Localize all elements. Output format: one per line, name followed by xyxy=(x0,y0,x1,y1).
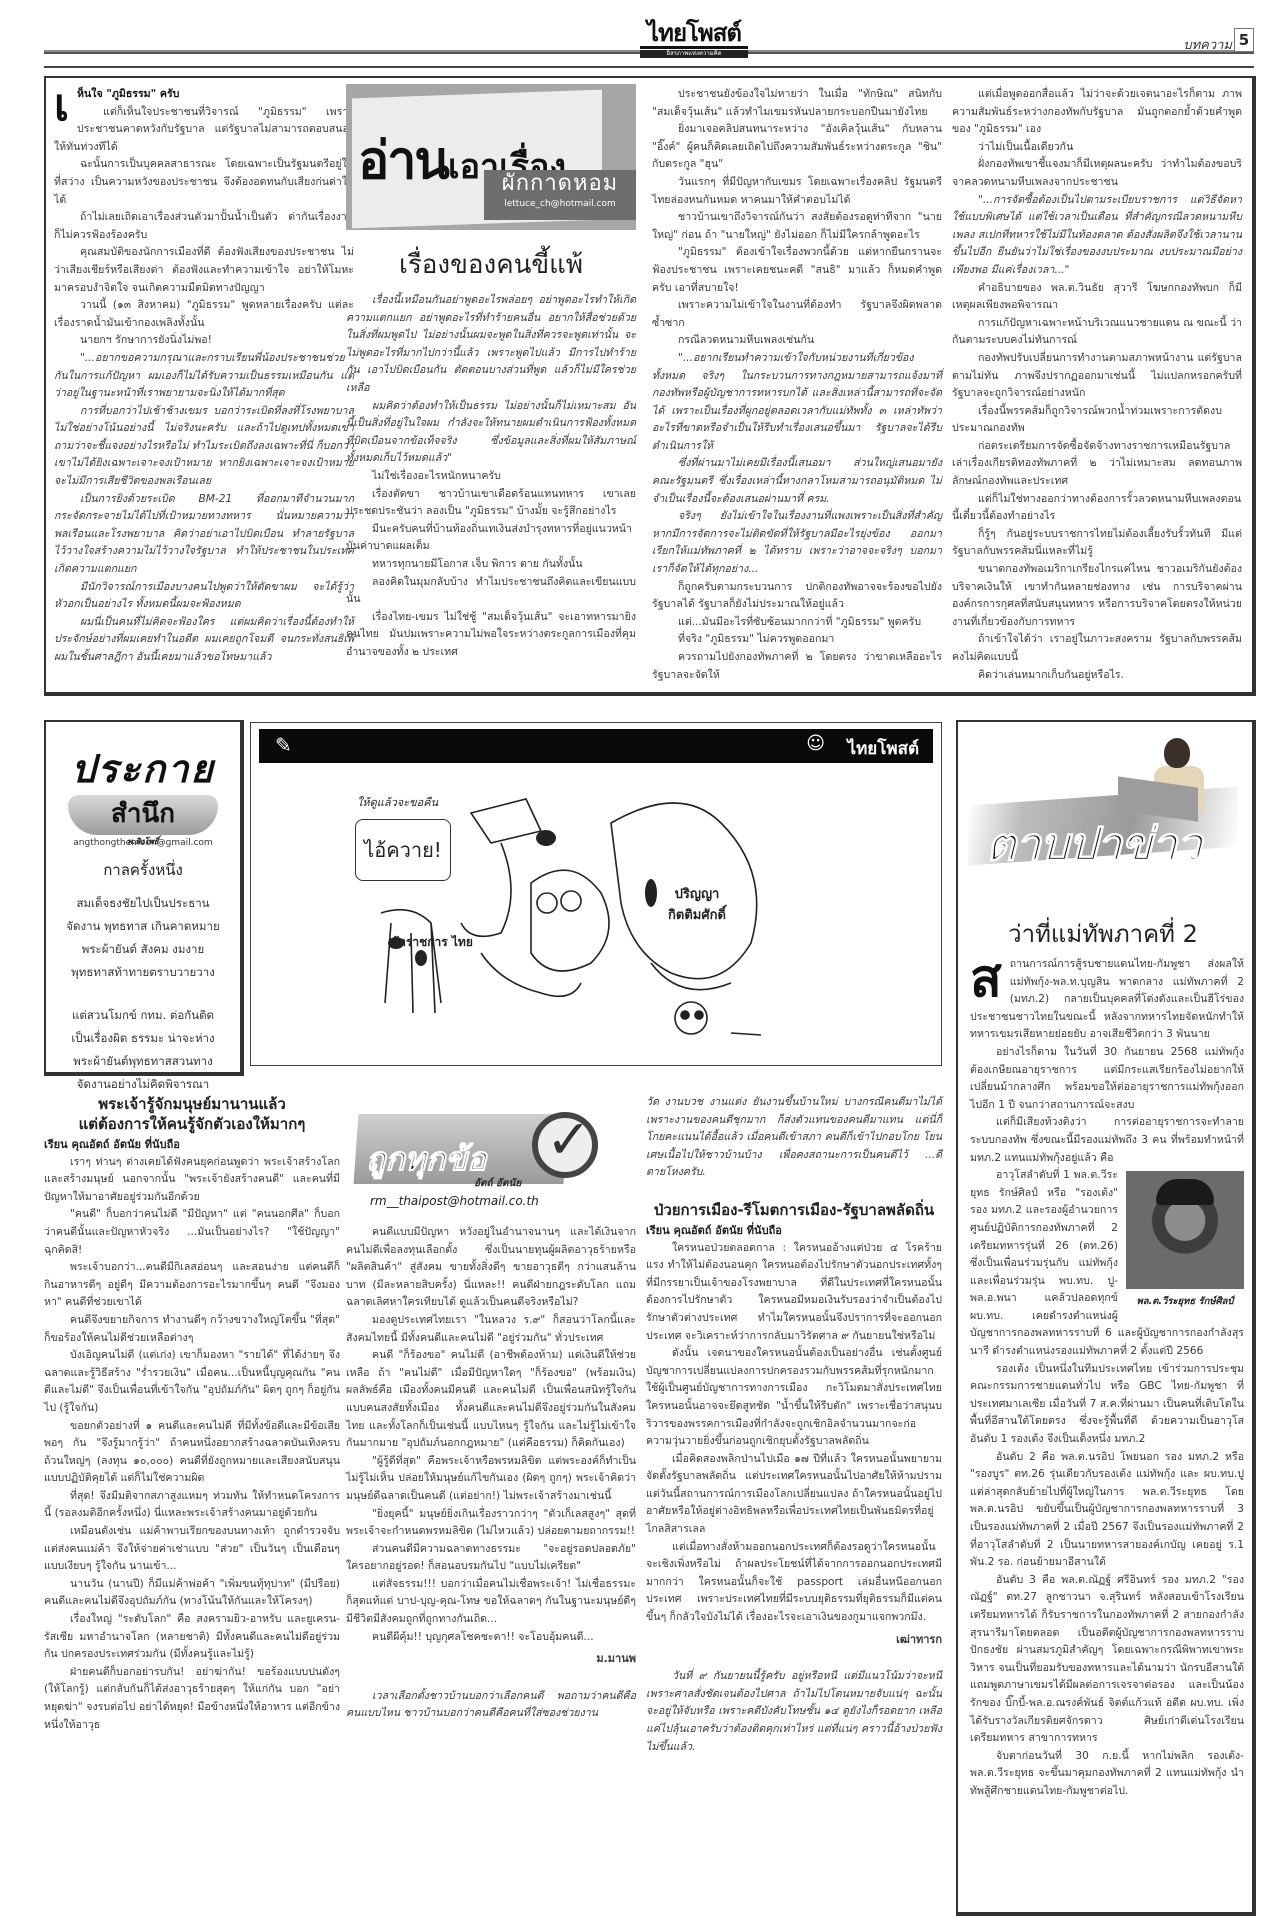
paragraph: เมื่อคิดสองพลิกป่านไปเมือ ๑๗ ปีที่แล้ว ใ… xyxy=(646,1451,942,1539)
paragraph: แต่เมื่อทางสั่งห้ามออกนอกประเทศก็ต้องรอด… xyxy=(646,1539,942,1627)
column-body: ส ถานการณ์การสู้รบชายแดนไทย-กัมพูชา ส่งผ… xyxy=(970,956,1244,1801)
paragraph: เรื่องใหญ่ "ระดับโลก" คือ สงครามยิว-อาหร… xyxy=(44,1611,340,1664)
paragraph: คำอธิบายของ พล.ต.วินธัย สุวารี โฆษกกองทั… xyxy=(952,280,1242,315)
paragraph: แต่เมื่อพูดออกสื่อแล้ว ไม่ว่าจะด้วยเจตนา… xyxy=(952,86,1242,139)
paragraph: นานวัน (นานปี) ก็มีแม่ค้าพ่อค้า "เพิ่มขน… xyxy=(44,1576,340,1611)
paragraph: ที่จริง "ภูมิธรรม" ไม่ควรพูดออกมา xyxy=(652,631,942,649)
paragraph: กรณีลวดหนามหีบเพลงเช่นกัน xyxy=(652,332,942,350)
mascot-icon: ☺ xyxy=(806,733,825,754)
checkmark-icon xyxy=(532,1112,598,1178)
poem-line: พระผ้ายันต์ สังคม งมงาย xyxy=(46,938,240,961)
newspaper-logo-tagline: อิสรภาพแห่งความคิด xyxy=(640,50,748,58)
paragraph: คนดีผีคุ้ม!! บุญกุศลโชคชะตา!! จะโอบอุ้มค… xyxy=(346,1629,636,1647)
column-logo-word: ตาบปาข่าว xyxy=(986,808,1201,881)
letters-email[interactable]: rm__thaipost@hotmail.co.th xyxy=(370,1194,539,1208)
dropcap-letter: ส xyxy=(970,956,1002,1002)
paragraph: นายกฯ รักษาการยังนิ่งไม่พอ! xyxy=(54,332,354,350)
quote-paragraph: จริงๆ ยังไม่เข้าใจในเรื่องงานที่แพงเพราะ… xyxy=(652,508,942,578)
top-feature-box: เ ห็นใจ "ภูมิธรรม" ครับ แต่ก็เห็นใจประชา… xyxy=(44,76,1256,696)
quote-paragraph: "...การจัดซื้อต้องเป็นไปตามระเบียบราชการ… xyxy=(952,192,1242,280)
paragraph: แต่ก็มีเสียงท้วงติงว่า การต่ออายุราชการจ… xyxy=(970,1114,1244,1167)
paragraph: ถานการณ์การสู้รบชายแดนไทย-กัมพูชา ส่งผลใ… xyxy=(970,956,1244,1044)
page-number: 5 xyxy=(1234,28,1254,52)
column-banner-read-story: อ่านเอาเรื่อง ผักกาดหอม lettuce_ch@hotma… xyxy=(346,84,636,230)
stanza-gap xyxy=(46,984,240,1004)
paragraph: ที่สุด! จึงมีมติจากสภาสูงแหมๆ ท่วมทัน ให… xyxy=(44,1488,340,1523)
paragraph: คุณสมบัติของนักการเมืองที่ดี ต้องฟังเสีย… xyxy=(54,244,354,297)
paragraph: ยิ่งมาเจอคลิปสนทนาระหว่าง "อังเคิลวุ้นเส… xyxy=(652,121,942,174)
quote-paragraph: ผมคิดว่าต้องทำให้เป็นธรรม ไม่อย่างนั้นก็… xyxy=(346,398,636,468)
author-email[interactable]: lettuce_ch@hotmail.com xyxy=(484,198,636,210)
quote-paragraph: ผมนี่เป็นคนที่ไม่คิดจะฟ้องใคร แต่ผมคิดว่… xyxy=(54,614,354,667)
poem-line: สมเด็จธงชัยไปเป็นประธาน xyxy=(46,892,240,915)
poem-lines: สมเด็จธงชัยไปเป็นประธาน จัดงาน พุทธทาส เ… xyxy=(46,892,240,1096)
paragraph: ดังนั้น เจตนาของใครหนอนั้นต้องเป็นอย่างอ… xyxy=(646,1345,942,1451)
poem-line: เป็นเรื่องผิด ธรรมะ น่าจะห่าง xyxy=(46,1027,240,1050)
letter-signature: ม.มานพ xyxy=(346,1650,636,1668)
cartoon-illustration: ให้ดูแล้วจะขอคืน ไอ้ควาย! ข้าราชกา xyxy=(351,783,831,1053)
letters-column-logo: ถูกทุกข้อ อัตถ์ อัตนัย rm__thaipost@hotm… xyxy=(346,1090,636,1210)
paragraph: ควรถามไปยังกองทัพภาคที่ ๒ โดยตรง ว่าขาดเ… xyxy=(652,649,942,684)
paragraph: ก็ถูกครับตามกระบวนการ ปกติกองทัพอาจจะร้อ… xyxy=(652,579,942,614)
author-bar: ผักกาดหอม lettuce_ch@hotmail.com xyxy=(484,170,636,220)
quote-paragraph: ซึ่งที่ผ่านมาไม่เคยมีเรื่องนี้เสนอมา ส่ว… xyxy=(652,455,942,508)
paragraph: ก่อตระเตรียมการจัดซื้อจัดจ้างทางราชการเห… xyxy=(952,438,1242,491)
paragraph: มีนะครับคนที่บ้านท้องถิ่นเทเงินส่งบำรุงท… xyxy=(346,521,636,556)
lead-text: ห็นใจ "ภูมิธรรม" ครับ xyxy=(77,88,179,100)
letters-logo-word: ถูกทุกข้อ xyxy=(366,1134,486,1185)
paragraph: เรื่องนี้พรรคส้มก็ถูกวิจารณ์พวกน้ำท่วมเพ… xyxy=(952,403,1242,438)
poem-line: แต่สวนโมกข์ กทม. ต่อกันติด xyxy=(46,1004,240,1027)
quote-paragraph: มีนักวิจารณ์การเมืองบางคนไปพูดว่าให้ตัดข… xyxy=(54,579,354,614)
author-name: ผักกาดหอม xyxy=(484,170,636,198)
paragraph: "ยิ่งยุคนี้" มนุษย์ยิ่งเกินเรื่องราวกว่า… xyxy=(346,1506,636,1541)
letter-salutation: เรียน คุณอัตถ์ อัตนัย ที่นับถือ xyxy=(44,1136,340,1154)
feature-column-3: ประชาชนยังข้องใจไม่หายว่า ในเมื่อ "ทักษิ… xyxy=(652,86,942,684)
poem-title: กาลครั้งหนึ่ง xyxy=(46,858,240,882)
poem-line: พระผ้ายันต์พุทธทาสสวนทาง xyxy=(46,1050,240,1073)
paragraph: อย่างไรก็ตาม ในวันที่ 30 กันยายน 2568 แม… xyxy=(970,1044,1244,1114)
paragraph: วันแรกๆ ที่มีปัญหากับเขมร โดยเฉพาะเรื่อง… xyxy=(652,174,942,209)
paragraph: คิดว่าเล่นหมากเก็บกันอยู่หรือไร. xyxy=(952,667,1242,685)
cartoon-drawing xyxy=(351,783,831,1053)
paragraph: เราๆ ท่านๆ ต่างเคยได้ฟังคนยุคก่อนพูดว่า … xyxy=(44,1154,340,1207)
feature-column-4: แต่เมื่อพูดออกสื่อแล้ว ไม่ว่าจะด้วยเจตนา… xyxy=(952,86,1242,684)
cartoon-header-bar: ✎ ☺ ไทยโพสต์ xyxy=(259,729,933,763)
cartoon-label: ข้าราชการ ไทย xyxy=(391,933,473,952)
paragraph: กองทัพปรับเปลี่ยนการทำงานตามสภาพหน้างาน … xyxy=(952,350,1242,403)
cartoon-label: ปริญญา กิตติมศักดิ์ xyxy=(657,883,737,925)
quote-paragraph: "...อยากขอความกรุณาและกราบเรียนพี่น้องปร… xyxy=(54,350,354,403)
mascot-icon: ✎ xyxy=(275,733,292,757)
paragraph: การแก้ปัญหาเฉพาะหน้าบริเวณแนวชายแดน ณ ขณ… xyxy=(952,315,1242,350)
quote-paragraph: "...อยากเรียนทำความเข้าใจกับหน่วยงานที่เ… xyxy=(652,350,942,456)
quote-paragraph: เรื่องนี้เหมือนกันอย่าพูดอะไรพล่อยๆ อย่า… xyxy=(346,292,636,398)
quote-paragraph: เป็นการยิงด้วยระเบิด BM-21 ที่ออกมาทีจำน… xyxy=(54,491,354,579)
paragraph: ขนาดกองทัพอเมริกาเกรียงไกรแค่ไหน ชาวอเมร… xyxy=(952,561,1242,631)
paragraph: แต่...มันมีอะไรที่ซับซ้อนมากกว่าที่ "ภูม… xyxy=(652,614,942,632)
editor-reply: วัด งานบวช งานแต่ง ยันงานขึ้นบ้านใหม่ บา… xyxy=(646,1094,942,1182)
paragraph: ลองคิดในมุมกลับบ้าง ทำไมประชาชนถึงคิดและ… xyxy=(346,574,636,609)
paragraph: จับตาก่อนวันที่ 30 ก.ย.นี้ หากไม่พลิก รอ… xyxy=(970,1748,1244,1801)
paragraph: ก็รู้ๆ กันอยู่ระบบราชการไทยไม่ต้องเลี้ยง… xyxy=(952,526,1242,561)
masthead: ไทยโพสต์ อิสรภาพแห่งความคิด บทความ 5 xyxy=(44,14,1254,60)
story-headline: เรื่องของคนขี้แพ้ xyxy=(346,244,636,285)
letter-signature: เฒ่าทารก xyxy=(646,1631,942,1649)
letters-column-2: คนดีแบบมีปัญหา หวังอยู่ในอำนาจนานๆ และได… xyxy=(346,1224,636,1723)
letter-headline: พระเจ้ารู้จักมนุษย์มานานแล้ว xyxy=(44,1094,340,1114)
editor-reply: วันที่ ๙ กันยายนนี้รู้ครับ อยู่หรือหนี แ… xyxy=(646,1668,942,1756)
paragraph: วานนี้ (๑๓ สิงหาคม) "ภูมิธรรม" พูดหลายเร… xyxy=(54,297,354,332)
paragraph: ขอยกตัวอย่างที่ ๑ คนดีและคนไม่ดี ที่มีทั… xyxy=(44,1418,340,1488)
paragraph: ไม่ใช่เรื่องอะไรหนักหนาครับ xyxy=(346,468,636,486)
paragraph: "ภูมิธรรม" ต้องเข้าใจเรื่องพวกนี้ด้วย แต… xyxy=(652,244,942,297)
paragraph: ฝั่งกองทัพเขาชี้แจงมาก็มีเหตุผลนะครับ ว่… xyxy=(952,156,1242,191)
dropcap-letter: เ xyxy=(54,86,69,126)
letters-column-3: วัด งานบวช งานแต่ง ยันงานขึ้นบ้านใหม่ บา… xyxy=(646,1094,942,1756)
poem-logo-script: ประกาย xyxy=(46,738,240,799)
quote-paragraph: การที่บอกว่าไปเช้าช้างเขมร บอกว่าระเบิดท… xyxy=(54,403,354,491)
paragraph: "ผู้รู้ดีที่สุด" คือพระเจ้าหรือพรหมลิขิต… xyxy=(346,1453,636,1506)
masthead-bottom-rule xyxy=(44,66,1254,68)
paragraph: บังเอิญคนไม่ดี (แต่เก่ง) เขาก็มองหา "ราย… xyxy=(44,1347,340,1417)
paragraph: แต่ก็เห็นใจประชาชนที่วิจารณ์ "ภูมิธรรม" … xyxy=(54,104,354,157)
paragraph: คนดีจึงขยายกิจการ ทำงานดีๆ กว้างขวางใหญ่… xyxy=(44,1312,340,1347)
newspaper-logo-text: ไทยโพสต์ xyxy=(640,20,748,49)
paragraph: ถ้าไม่เลยเถิดเอาเรื่องส่วนตัวมาปั้นน้ำเป… xyxy=(54,209,354,244)
section-label: บทความ xyxy=(1183,34,1232,55)
paragraph: คนดี "ก็ร้องขอ" คนไม่ดี (อาชีพต้องห้าม) … xyxy=(346,1347,636,1453)
paragraph: รองเต้ง เป็นหนึ่งในทีมประเทศไทย เข้าร่วม… xyxy=(970,1361,1244,1449)
photo-caption: พล.ต.วีระยุทธ รักษ์ศิลป์ xyxy=(1126,1293,1244,1311)
letters-column-1: พระเจ้ารู้จักมนุษย์มานานแล้ว แต่ต้องการใ… xyxy=(44,1094,340,1734)
paragraph: เรื่องตัดขา ชาวบ้านเขาเดือดร้อนแทนทหาร เ… xyxy=(346,486,636,521)
paragraph: แต่ก็ไม่ใช่ทางออกว่าทางต้องการรั้วลวดหนา… xyxy=(952,491,1242,526)
portrait-image xyxy=(1126,1171,1244,1289)
poem-line: จัดงาน พุทธทาส เกินคาดหมาย xyxy=(46,915,240,938)
feature-column-1: เ ห็นใจ "ภูมิธรรม" ครับ แต่ก็เห็นใจประชา… xyxy=(54,86,354,667)
paragraph: คนดีแบบมีปัญหา หวังอยู่ในอำนาจนานๆ และได… xyxy=(346,1224,636,1312)
paragraph: ฉะนั้นการเป็นบุคคลสาธารณะ โดยเฉพาะเป็นรั… xyxy=(54,156,354,209)
poem-box: ประกาย สำนึก พ.สิงโพธิ์ angthongthemoon@… xyxy=(44,720,244,1076)
paragraph: พระเจ้าบอกว่า...คนดีมีกิเลสอ่อนๆ และสอนง… xyxy=(44,1259,340,1312)
paragraph: ชาวบ้านเขาถึงวิจารณ์กันว่า สงสัยต้องรอดู… xyxy=(652,209,942,244)
letter-salutation: เรียน คุณอัตถ์ อัตนัย ที่นับถือ xyxy=(646,1222,942,1240)
paragraph: เรื่องไทย-เขมร ไม่ใช่ชู้ "สมเด็จวุ้นเส้น… xyxy=(346,609,636,662)
paragraph: "คนดี" ก็บอกว่าคนไม่ดี "มีปัญหา" แต่ "คน… xyxy=(44,1206,340,1259)
poem-byline: พ.สิงโพธิ์ xyxy=(46,835,240,848)
poem-logo-scroll: สำนึก xyxy=(68,795,218,835)
poem-line: จัดงานอย่างไม่คิดพิจารณา xyxy=(46,1073,240,1096)
paragraph: ถ้าเข้าใจได้ว่า เราอยู่ในภาวะสงคราม รัฐบ… xyxy=(952,631,1242,666)
paragraph: เหมือนดังเช่น แม่ค้าพาบเรียกของบนทางเท้า… xyxy=(44,1523,340,1576)
newspaper-logo[interactable]: ไทยโพสต์ อิสรภาพแห่งความคิด xyxy=(640,20,748,58)
paragraph: ว่าไม่เป็นเนื้อเดียวกัน xyxy=(952,139,1242,157)
paragraph: ทหารทุกนายมีโอกาส เจ็บ พิการ ตาย กันทั้ง… xyxy=(346,556,636,574)
poem-column-logo: ประกาย สำนึก พ.สิงโพธิ์ xyxy=(46,738,240,832)
paragraph: แต่สัจธรรม!!! บอกว่าเมื่อคนไม่เชื่อพระเจ… xyxy=(346,1576,636,1629)
cartoon-brand: ไทยโพสต์ xyxy=(848,735,919,762)
letter-headline: แต่ต้องการให้คนรู้จักตัวเองให้มากๆ xyxy=(44,1114,340,1134)
letter-headline: ป่วยการเมือง-รีโมตการเมือง-รัฐบาลพลัดถิ่… xyxy=(646,1200,942,1220)
letters-logo-author: อัตถ์ อัตนัย xyxy=(474,1176,521,1191)
paragraph: มองดูประเทศไทยเรา "ในหลวง ร.๙" ก็สอนว่าโ… xyxy=(346,1312,636,1347)
editorial-cartoon: ✎ ☺ ไทยโพสต์ ให้ดูแล้วจะขอคืน ไอ้ควาย! xyxy=(250,722,942,1066)
news-gossip-column: ตาบปาข่าว ว่าที่แม่ทัพภาคที่ 2 ส ถานการณ… xyxy=(956,720,1256,1916)
paragraph: อันดับ 3 คือ พล.ต.ณัฏฐ์ ศรีอินทร์ รอง มท… xyxy=(970,1572,1244,1748)
feature-column-2: เรื่องนี้เหมือนกันอย่าพูดอะไรพล่อยๆ อย่า… xyxy=(346,292,636,661)
paragraph: ใครหนอป่วยตลอดกาล : ใครหนออ้างแต่ป่วย ๔ … xyxy=(646,1240,942,1346)
column-logo: ตาบปาข่าว xyxy=(968,734,1238,884)
editor-reply: เวลาเลือกตั้งชาวบ้านบอกว่าเลือกคนดี พอถา… xyxy=(346,1688,636,1723)
portrait-photo: พล.ต.วีระยุทธ รักษ์ศิลป์ xyxy=(1126,1171,1244,1311)
paragraph: อันดับ 2 คือ พล.ต.นรอิป โพยนอก รอง มทภ.2… xyxy=(970,1449,1244,1572)
poem-line: พุทธทาสท้าทายตราบวายวาง xyxy=(46,961,240,984)
column-headline: ว่าที่แม่ทัพภาคที่ 2 xyxy=(968,914,1238,953)
paragraph: ประชาชนยังข้องใจไม่หายว่า ในเมื่อ "ทักษิ… xyxy=(652,86,942,121)
paragraph: เพราะความไม่เข้าใจในงานที่ต้องทำ รัฐบาลจ… xyxy=(652,297,942,332)
paragraph: ส่วนคนดีมีความฉลาดทางธรรมะ "จะอยู่รอดปลอ… xyxy=(346,1541,636,1576)
paragraph: ฝ่ายคนดีก็บอกอย่ารบกัน! อย่าฆ่ากัน! ขอร้… xyxy=(44,1664,340,1734)
banner-title-big: อ่าน xyxy=(358,131,448,191)
